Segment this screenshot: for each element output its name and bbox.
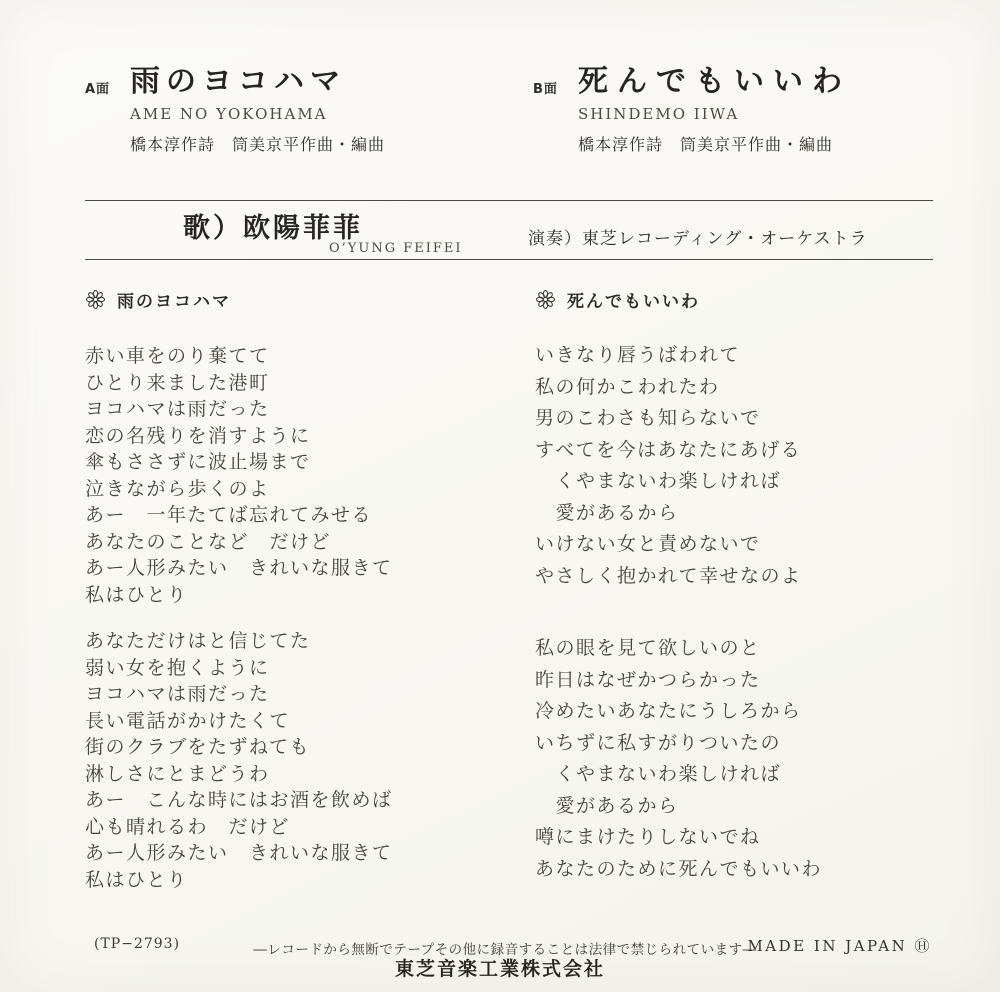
side-a-section: A面 雨のヨコハマ AME NO YOKOHAMA 橋本淳作詩 筒美京平作曲・編… bbox=[85, 64, 385, 155]
lyric-line: ヨコハマは雨だった bbox=[85, 396, 530, 423]
record-sleeve-back: A面 雨のヨコハマ AME NO YOKOHAMA 橋本淳作詩 筒美京平作曲・編… bbox=[0, 0, 1000, 992]
lyric-line: あー人形みたい きれいな服きて bbox=[85, 840, 530, 867]
lyric-line: あー 一年たてば忘れてみせる bbox=[85, 502, 530, 529]
lyrics-column-a: 雨のヨコハマ 赤い車をのり棄てて ひとり来ました港町 ヨコハマは雨だった 恋の名… bbox=[85, 288, 530, 893]
lyric-line: 昨日はなぜかつらかった bbox=[535, 665, 980, 697]
lyric-line: 心も晴れるわ だけど bbox=[85, 814, 530, 841]
made-in-japan: MADE IN JAPAN Ⓗ bbox=[747, 935, 932, 956]
side-b-section: B面 死んでもいいわ SHINDEMO IIWA 橋本淳作詩 筒美京平作曲・編曲 bbox=[533, 64, 851, 155]
lyric-line: やさしく抱かれて幸せなのよ bbox=[535, 561, 980, 593]
side-b-title: 死んでもいいわ bbox=[578, 64, 851, 100]
lyric-line: あー人形みたい きれいな服きて bbox=[85, 555, 530, 582]
vocal-name: 歌）欧陽菲菲 bbox=[183, 206, 363, 245]
side-a-romaji: AME NO YOKOHAMA bbox=[130, 105, 385, 123]
lyric-line: すべてを今はあなたにあげる bbox=[535, 435, 980, 467]
lyrics-heading-b-text: 死んでもいいわ bbox=[567, 287, 700, 312]
side-b-label: B面 bbox=[533, 78, 578, 97]
lyric-line: 愛があるから bbox=[535, 498, 980, 530]
lyrics-heading-a: 雨のヨコハマ bbox=[85, 288, 530, 310]
lyric-line: いけない女と責めないで bbox=[535, 529, 980, 561]
lyric-line: いちずに私すがりついたの bbox=[535, 728, 980, 760]
flower-icon bbox=[535, 289, 556, 310]
catalog-number: (TP−2793) bbox=[94, 936, 180, 952]
side-b-romaji: SHINDEMO IIWA bbox=[578, 105, 851, 123]
lyric-line: 街のクラブをたずねても bbox=[85, 734, 530, 761]
lyric-line: いきなり唇うばわれて bbox=[535, 340, 980, 372]
lyric-line: くやまないわ楽しければ bbox=[535, 466, 980, 498]
lyric-line: あなただけはと信じてた bbox=[85, 628, 530, 655]
lyric-line: 恋の名残りを消すように bbox=[85, 423, 530, 450]
vocal-romaji: O’YUNG FEIFEI bbox=[329, 241, 463, 256]
lyric-line: 愛があるから bbox=[535, 791, 980, 823]
lyric-line: ヨコハマは雨だった bbox=[85, 681, 530, 708]
lyric-line: 男のこわさも知らないで bbox=[535, 403, 980, 435]
side-a-label: A面 bbox=[85, 78, 130, 97]
lyric-line: 赤い車をのり棄てて bbox=[85, 343, 530, 370]
song-b-verse-2: 私の眼を見て欲しいのと 昨日はなぜかつらかった 冷めたいあなたにうしろから いち… bbox=[535, 633, 980, 885]
lyric-line: 傘もささずに波止場まで bbox=[85, 449, 530, 476]
lyric-line: 私はひとり bbox=[85, 582, 530, 609]
lyric-line: 長い電話がかけたくて bbox=[85, 708, 530, 735]
lyric-line: 冷めたいあなたにうしろから bbox=[535, 696, 980, 728]
lyric-line: ひとり来ました港町 bbox=[85, 370, 530, 397]
side-a-title: 雨のヨコハマ bbox=[130, 64, 346, 100]
lyric-line: くやまないわ楽しければ bbox=[535, 759, 980, 791]
song-b-verse-1: いきなり唇うばわれて 私の何かこわれたわ 男のこわさも知らないで すべてを今はあ… bbox=[535, 340, 980, 592]
lyric-line: 私の眼を見て欲しいのと bbox=[535, 633, 980, 665]
flower-icon bbox=[85, 289, 106, 310]
lyric-line: あなたのことなど だけど bbox=[85, 529, 530, 556]
lyrics-heading-b: 死んでもいいわ bbox=[535, 288, 980, 310]
company-name: 東芝音楽工業株式会社 bbox=[395, 954, 605, 981]
side-a-credits: 橋本淳作詩 筒美京平作曲・編曲 bbox=[130, 132, 385, 155]
lyric-line: あなたのために死んでもいいわ bbox=[535, 854, 980, 886]
performance-credit: 演奏）東芝レコーディング・オーケストラ bbox=[528, 224, 868, 249]
song-a-verse-2: あなただけはと信じてた 弱い女を抱くように ヨコハマは雨だった 長い電話がかけた… bbox=[85, 628, 530, 893]
lyric-line: 弱い女を抱くように bbox=[85, 655, 530, 682]
lyric-line: 淋しさにとまどうわ bbox=[85, 761, 530, 788]
song-a-verse-1: 赤い車をのり棄てて ひとり来ました港町 ヨコハマは雨だった 恋の名残りを消すよう… bbox=[85, 343, 530, 608]
lyric-line: あー こんな時にはお酒を飲めば bbox=[85, 787, 530, 814]
lyric-line: 噂にまけたりしないでね bbox=[535, 822, 980, 854]
lyric-line: 私の何かこわれたわ bbox=[535, 372, 980, 404]
lyrics-column-b: 死んでもいいわ いきなり唇うばわれて 私の何かこわれたわ 男のこわさも知らないで… bbox=[535, 288, 980, 885]
lyrics-heading-a-text: 雨のヨコハマ bbox=[117, 287, 231, 312]
lyric-line: 私はひとり bbox=[85, 867, 530, 894]
lyric-line: 泣きながら歩くのよ bbox=[85, 476, 530, 503]
artist-band: 歌）欧陽菲菲 O’YUNG FEIFEI 演奏）東芝レコーディング・オーケストラ bbox=[85, 200, 933, 260]
side-b-credits: 橋本淳作詩 筒美京平作曲・編曲 bbox=[578, 132, 851, 155]
